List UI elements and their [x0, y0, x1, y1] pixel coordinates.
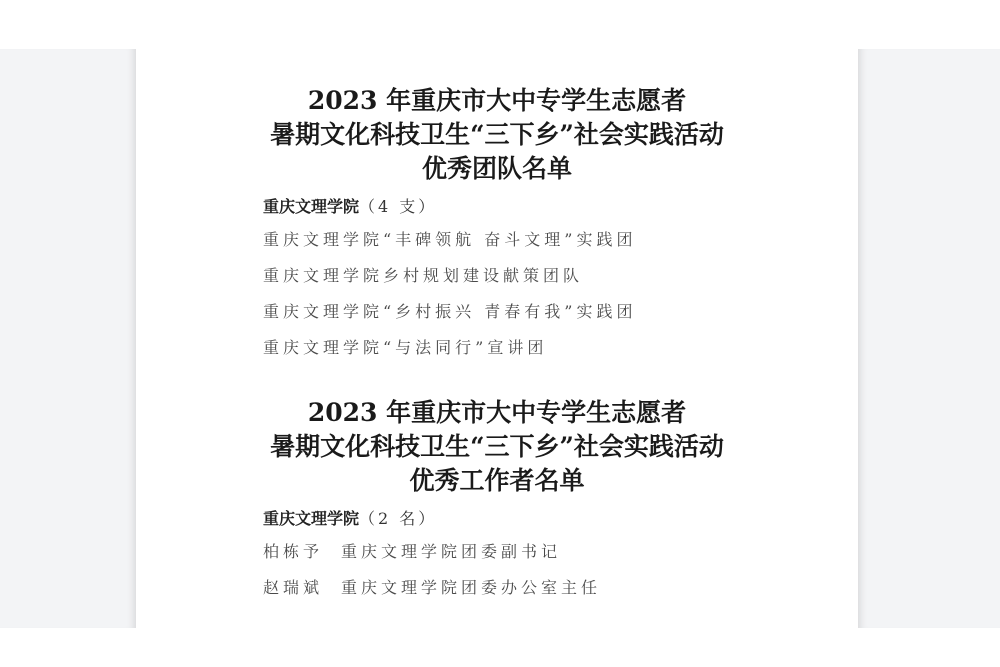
excellent-workers-section: 2023 年重庆市大中专学生志愿者 暑期文化科技卫生“三下乡”社会实践活动 优秀… [136, 396, 858, 606]
section-heading: 2023 年重庆市大中专学生志愿者 暑期文化科技卫生“三下乡”社会实践活动 优秀… [136, 84, 858, 186]
school-group: 重庆文理学院（4 支） 重庆文理学院“丰碑领航 奋斗文理”实践团 重庆文理学院乡… [263, 192, 858, 366]
heading-line-3: 优秀工作者名单 [136, 464, 858, 498]
heading-line-2: 暑期文化科技卫生“三下乡”社会实践活动 [136, 118, 858, 152]
group-title: 重庆文理学院（2 名） [263, 504, 858, 534]
heading-line-1: 2023 年重庆市大中专学生志愿者 [136, 84, 858, 118]
heading-line-2: 暑期文化科技卫生“三下乡”社会实践活动 [136, 430, 858, 464]
worker-title: 重庆文理学院团委副书记 [341, 542, 561, 561]
team-count: （4 支） [359, 197, 437, 216]
school-name: 重庆文理学院 [263, 197, 359, 216]
group-title: 重庆文理学院（4 支） [263, 192, 858, 222]
left-side-panel [0, 49, 136, 628]
worker-title: 重庆文理学院团委办公室主任 [341, 578, 601, 597]
school-name: 重庆文理学院 [263, 509, 359, 528]
worker-entry: 赵瑞斌重庆文理学院团委办公室主任 [263, 570, 858, 606]
worker-name: 赵瑞斌 [263, 570, 341, 606]
document-page: 2023 年重庆市大中专学生志愿者 暑期文化科技卫生“三下乡”社会实践活动 优秀… [136, 0, 858, 667]
excellent-teams-section: 2023 年重庆市大中专学生志愿者 暑期文化科技卫生“三下乡”社会实践活动 优秀… [136, 84, 858, 366]
school-group: 重庆文理学院（2 名） 柏栋予重庆文理学院团委副书记 赵瑞斌重庆文理学院团委办公… [263, 504, 858, 606]
team-entry: 重庆文理学院乡村规划建设献策团队 [263, 258, 858, 294]
team-entry: 重庆文理学院“乡村振兴 青春有我”实践团 [263, 294, 858, 330]
team-entry: 重庆文理学院“丰碑领航 奋斗文理”实践团 [263, 222, 858, 258]
worker-name: 柏栋予 [263, 534, 341, 570]
team-entry: 重庆文理学院“与法同行”宣讲团 [263, 330, 858, 366]
heading-line-3: 优秀团队名单 [136, 152, 858, 186]
section-heading: 2023 年重庆市大中专学生志愿者 暑期文化科技卫生“三下乡”社会实践活动 优秀… [136, 396, 858, 498]
heading-line-1: 2023 年重庆市大中专学生志愿者 [136, 396, 858, 430]
right-side-panel [858, 49, 1000, 628]
worker-count: （2 名） [359, 509, 437, 528]
worker-entry: 柏栋予重庆文理学院团委副书记 [263, 534, 858, 570]
